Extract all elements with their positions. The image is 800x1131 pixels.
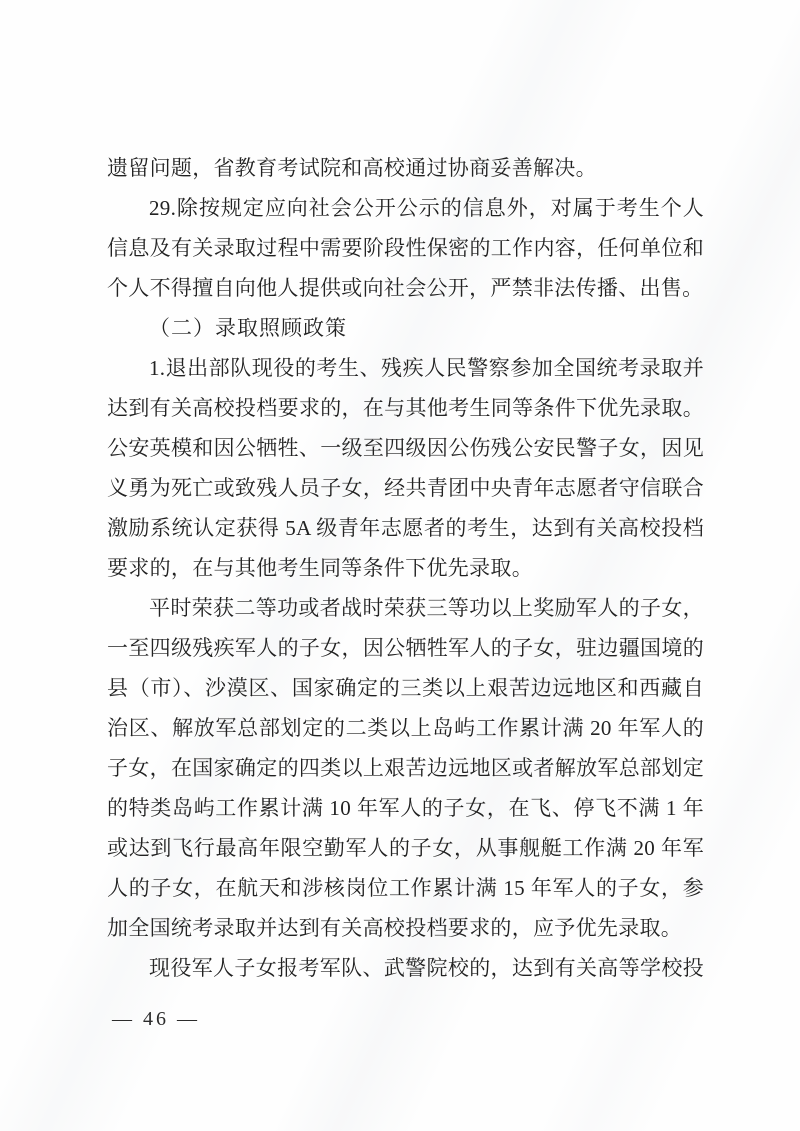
text-line: 遗留问题，省教育考试院和高校通过协商妥善解决。 — [107, 148, 704, 188]
section-heading: （二）录取照顾政策 — [107, 308, 704, 348]
text-line: 平时荣获二等功或者战时荣获三等功以上奖励军人的子女， — [107, 588, 704, 628]
text-line: 义勇为死亡或致残人员子女，经共青团中央青年志愿者守信联合 — [107, 468, 704, 508]
paragraph: 现役军人子女报考军队、武警院校的，达到有关高等学校投 — [107, 948, 704, 988]
text-line: 一至四级残疾军人的子女，因公牺牲军人的子女，驻边疆国境的 — [107, 628, 704, 668]
text-line: 29.除按规定应向社会公开公示的信息外，对属于考生个人 — [107, 188, 704, 228]
paragraph: 29.除按规定应向社会公开公示的信息外，对属于考生个人信息及有关录取过程中需要阶… — [107, 188, 704, 308]
text-line: 人的子女，在航天和涉核岗位工作累计满 15 年军人的子女，参 — [107, 868, 704, 908]
text-line: 子女，在国家确定的四类以上艰苦边远地区或者解放军总部划定 — [107, 748, 704, 788]
text-block: 遗留问题，省教育考试院和高校通过协商妥善解决。29.除按规定应向社会公开公示的信… — [107, 148, 704, 988]
text-line: 激励系统认定获得 5A 级青年志愿者的考生，达到有关高校投档 — [107, 508, 704, 548]
text-line: 县（市）、沙漠区、国家确定的三类以上艰苦边远地区和西藏自 — [107, 668, 704, 708]
text-line: 公安英模和因公牺牲、一级至四级因公伤残公安民警子女，因见 — [107, 428, 704, 468]
text-line: 或达到飞行最高年限空勤军人的子女，从事舰艇工作满 20 年军 — [107, 828, 704, 868]
text-line: 信息及有关录取过程中需要阶段性保密的工作内容，任何单位和 — [107, 228, 704, 268]
text-line: 加全国统考录取并达到有关高校投档要求的，应予优先录取。 — [107, 908, 704, 948]
text-line: 个人不得擅自向他人提供或向社会公开，严禁非法传播、出售。 — [107, 268, 704, 308]
text-line: 治区、解放军总部划定的二类以上岛屿工作累计满 20 年军人的 — [107, 708, 704, 748]
section-heading-paragraph: （二）录取照顾政策 — [107, 308, 704, 348]
document-page: 遗留问题，省教育考试院和高校通过协商妥善解决。29.除按规定应向社会公开公示的信… — [0, 0, 800, 1131]
text-line: 现役军人子女报考军队、武警院校的，达到有关高等学校投 — [107, 948, 704, 988]
page-number: — 46 — — [112, 1008, 200, 1031]
paragraph: 遗留问题，省教育考试院和高校通过协商妥善解决。 — [107, 148, 704, 188]
text-line: 达到有关高校投档要求的，在与其他考生同等条件下优先录取。 — [107, 388, 704, 428]
text-line: 1.退出部队现役的考生、残疾人民警察参加全国统考录取并 — [107, 348, 704, 388]
text-line: 要求的，在与其他考生同等条件下优先录取。 — [107, 548, 704, 588]
paragraph: 平时荣获二等功或者战时荣获三等功以上奖励军人的子女，一至四级残疾军人的子女，因公… — [107, 588, 704, 948]
text-line: 的特类岛屿工作累计满 10 年军人的子女，在飞、停飞不满 1 年 — [107, 788, 704, 828]
paragraph: 1.退出部队现役的考生、残疾人民警察参加全国统考录取并达到有关高校投档要求的，在… — [107, 348, 704, 588]
